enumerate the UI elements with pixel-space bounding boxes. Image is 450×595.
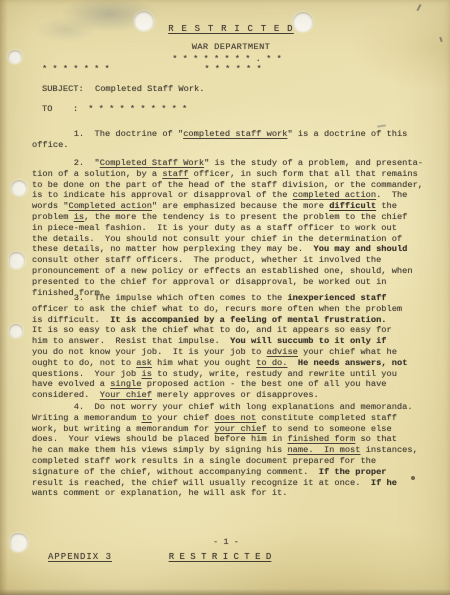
underlined-text: to: [141, 413, 151, 423]
text-run: officer, in such form that all that rema…: [188, 169, 417, 179]
text-line: the details. You should not consult your…: [32, 234, 432, 245]
text-line: you do not know your job. It is your job…: [32, 347, 432, 358]
text-run: he can make them his views simply by sig…: [32, 445, 287, 455]
text-run: is to indicate his approval or disapprov…: [32, 190, 293, 200]
page-number-text: - 1 -: [213, 537, 239, 548]
text-run: " is the study of a problem, and present…: [204, 158, 423, 168]
text-run: result is reached, the chief will usuall…: [32, 478, 371, 488]
text-line: considered. Your chief merely approves o…: [32, 390, 432, 401]
text-line: 3. The impulse which often comes to the …: [32, 293, 432, 304]
text-run: wants comment or explanation, he will as…: [32, 488, 287, 498]
text-run: work, but writing a memorandum for: [32, 424, 214, 434]
text-line: problem is, the more the tendency is to …: [32, 212, 432, 223]
text-line: result is reached, the chief will usuall…: [32, 478, 432, 489]
text-run: officer to ask the chief what to do, rec…: [32, 304, 402, 314]
text-run: He needs answers, not: [298, 358, 407, 368]
text-run: your chief what he: [298, 347, 397, 357]
text-line: tion of a solution, by a staff officer, …: [32, 169, 432, 180]
text-run: [287, 358, 297, 368]
text-line: these details, no matter how perplexing …: [32, 244, 432, 255]
agency-name: WAR DEPARTMENT: [0, 42, 450, 53]
text-line: him to answer. Resist that impulse. You …: [32, 336, 432, 347]
text-run: 3. The impulse which often comes to the: [32, 293, 287, 303]
text-run: is difficult.: [32, 315, 110, 325]
text-run: these details, no matter how perplexing …: [32, 244, 314, 254]
text-run: 2. ": [32, 158, 100, 168]
text-run: 4. Do not worry your chief with long exp…: [32, 402, 413, 412]
underlined-text: completed staff work: [183, 129, 287, 139]
text-line: ought to do, not to ask him what you oug…: [32, 358, 432, 369]
underlined-text: single: [110, 379, 141, 389]
text-run: him what you ought: [152, 358, 256, 368]
text-run: have evolved a: [32, 379, 110, 389]
underlined-text: is: [74, 212, 84, 222]
punch-hole: [9, 324, 23, 338]
punch-hole: [11, 180, 27, 196]
punch-hole: [8, 50, 22, 64]
text-run: If the proper: [319, 467, 387, 477]
text-line: signature of the chief, without accompan…: [32, 467, 432, 478]
underlined-text: is: [141, 369, 151, 379]
paragraph-4: 4. Do not worry your chief with long exp…: [32, 402, 432, 499]
text-run: If he: [371, 478, 397, 488]
subject-label: SUBJECT:: [42, 84, 95, 95]
stars-text: * * * * * *: [204, 64, 261, 75]
text-run: It is accompanied by a feeling of mental…: [110, 315, 386, 325]
text-line: words "Completed action" are emphasized …: [32, 201, 432, 212]
underlined-text: does not: [214, 413, 256, 423]
text-line: 4. Do not worry your chief with long exp…: [32, 402, 432, 413]
text-line: 1. The doctrine of "completed staff work…: [32, 129, 432, 140]
page-number: - 1 -: [0, 537, 450, 548]
to-line: TO:* * * * * * * * * *: [42, 104, 187, 115]
text-run: office.: [32, 140, 69, 150]
punch-hole: [134, 11, 154, 31]
text-run: ought to do, not to: [32, 358, 136, 368]
to-separator: :: [73, 104, 78, 114]
classification-banner: R E S T R I C T E D: [0, 24, 450, 35]
paragraph-3: 3. The impulse which often comes to the …: [32, 293, 432, 401]
classification-banner-text: R E S T R I C T E D: [168, 24, 293, 35]
punch-hole: [293, 12, 313, 32]
text-run: to be done on the part of the head of th…: [32, 180, 423, 190]
text-line: pronouncement of a new policy or effects…: [32, 266, 432, 277]
text-line: is to indicate his approval or disapprov…: [32, 190, 432, 201]
text-run: does. Your views should be placed before…: [32, 434, 287, 444]
underlined-text: your chief: [214, 424, 266, 434]
text-line: 2. "Completed Staff Work" is the study o…: [32, 158, 432, 169]
text-run: instances,: [360, 445, 417, 455]
text-line: is difficult. It is accompanied by a fee…: [32, 315, 432, 326]
text-run: to study, write, restudy and rewrite unt…: [152, 369, 397, 379]
text-run: consult other staff officers. The produc…: [32, 255, 381, 265]
text-line: presented to the chief for approval or d…: [32, 277, 432, 288]
text-line: he can make them his views simply by sig…: [32, 445, 432, 456]
text-run: the details. You should not consult your…: [32, 234, 402, 244]
underlined-text: to do.: [256, 358, 287, 368]
underlined-text: advise: [267, 347, 298, 357]
underlined-text: Completed Staff Work: [100, 158, 204, 168]
text-run: words ": [32, 201, 69, 211]
text-line: officer to ask the chief what to do, rec…: [32, 304, 432, 315]
text-run: " are emphasized because the more: [152, 201, 329, 211]
text-run: in piece-meal fashion. It is your duty a…: [32, 223, 397, 233]
text-run: It is so easy to ask the chief what to d…: [32, 325, 392, 335]
text-run: 1. The doctrine of ": [32, 129, 183, 139]
text-line: consult other staff officers. The produc…: [32, 255, 432, 266]
text-run: constitute completed staff: [256, 413, 397, 423]
text-line: It is so easy to ask the chief what to d…: [32, 325, 432, 336]
underlined-text: ask: [136, 358, 152, 368]
paragraph-2: 2. "Completed Staff Work" is the study o…: [32, 158, 432, 298]
agency-name-text: WAR DEPARTMENT: [192, 42, 271, 53]
text-line: does. Your views should be placed before…: [32, 434, 432, 445]
underlined-text: difficult: [329, 201, 376, 211]
subject-line: SUBJECT:Completed Staff Work.: [42, 84, 204, 95]
text-line: wants comment or explanation, he will as…: [32, 488, 432, 499]
text-line: office.: [32, 140, 432, 151]
text-line: questions. Your job is to study, write, …: [32, 369, 432, 380]
text-line: work, but writing a memorandum for your …: [32, 424, 432, 435]
text-line: to be done on the part of the head of th…: [32, 180, 432, 191]
underlined-text: staff: [162, 169, 188, 179]
text-run: your chief: [152, 413, 215, 423]
text-run: signature of the chief, without accompan…: [32, 467, 319, 477]
text-line: have evolved a single proposed action - …: [32, 379, 432, 390]
underlined-text: completed action: [293, 190, 376, 200]
to-value: * * * * * * * * * *: [88, 104, 187, 114]
subject-value: Completed Staff Work.: [95, 84, 204, 94]
underlined-text: finished form: [287, 434, 355, 444]
underlined-text: Your chief: [100, 390, 152, 400]
text-run: him to answer. Resist that impulse.: [32, 336, 230, 346]
text-run: problem: [32, 212, 74, 222]
text-line: completed staff work results in a single…: [32, 456, 432, 467]
text-run: questions. Your job: [32, 369, 141, 379]
text-run: so that: [355, 434, 397, 444]
redacted-stars-center: * * * * * *: [0, 64, 450, 75]
to-label: TO: [42, 104, 73, 115]
underlined-text: name. In most: [287, 445, 360, 455]
text-run: proposed action - the best one of all yo…: [141, 379, 386, 389]
text-run: pronouncement of a new policy or effects…: [32, 266, 413, 276]
text-run: Writing a memorandum: [32, 413, 141, 423]
text-run: , the more the tendency is to present th…: [84, 212, 407, 222]
text-run: You may and should: [314, 244, 408, 254]
classification-footer-text: R E S T R I C T E D: [169, 552, 272, 563]
text-run: " is a doctrine of this: [287, 129, 407, 139]
classification-footer: R E S T R I C T E D: [0, 552, 450, 563]
text-line: in piece-meal fashion. It is your duty a…: [32, 223, 432, 234]
text-run: to send to someone else: [267, 424, 392, 434]
paragraph-1: 1. The doctrine of "completed staff work…: [32, 129, 432, 151]
text-run: presented to the chief for approval or d…: [32, 277, 387, 287]
text-line: Writing a memorandum to your chief does …: [32, 413, 432, 424]
text-run: merely approves or disapproves.: [152, 390, 319, 400]
text-run: you do not know your job. It is your job…: [32, 347, 267, 357]
text-run: tion of a solution, by a: [32, 169, 162, 179]
text-run: considered.: [32, 390, 100, 400]
underlined-text: Completed action: [69, 201, 152, 211]
text-run: . The: [376, 190, 407, 200]
text-run: the: [376, 201, 397, 211]
text-run: inexperienced staff: [287, 293, 386, 303]
text-run: You will succumb to it only if: [230, 336, 386, 346]
text-run: completed staff work results in a single…: [32, 456, 376, 466]
